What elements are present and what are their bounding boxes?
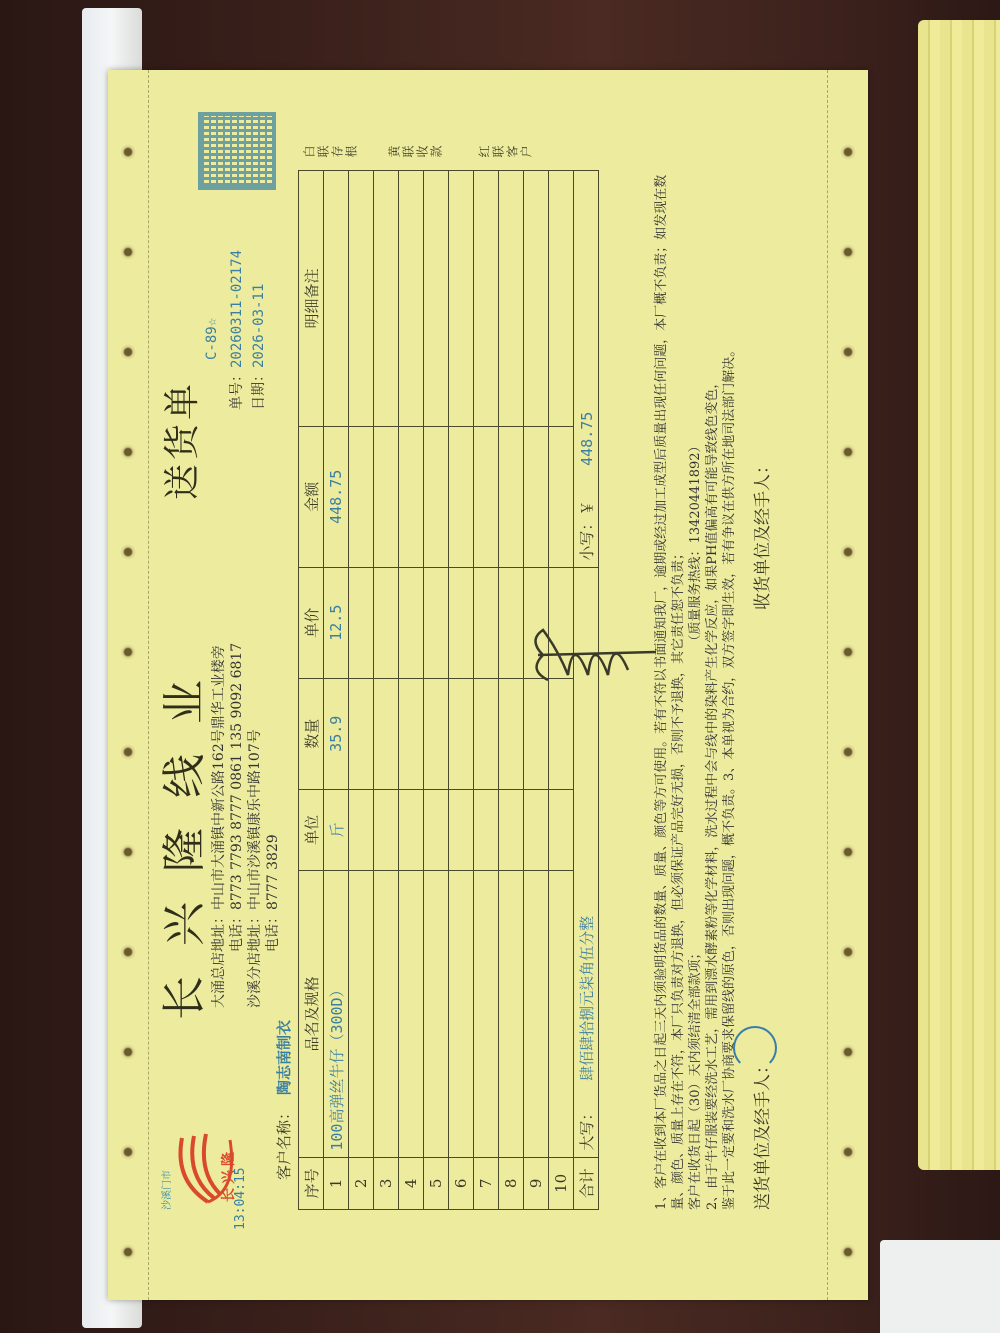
paper-stack-bottom-right — [880, 1240, 1000, 1333]
feed-hole-icon — [120, 1044, 136, 1060]
tractor-feed-strip-bottom — [827, 70, 868, 1300]
feed-hole-icon — [840, 1144, 856, 1160]
terms-and-conditions: 1、客户在收到本厂货品之日起三天内须验明货品的数量、质量、颜色等方可使用。若有不… — [653, 170, 738, 1210]
feed-hole-icon — [840, 1044, 856, 1060]
copy-label-red: 红联客户 — [478, 143, 534, 160]
feed-hole-icon — [840, 944, 856, 960]
form-code: C-89☆ — [204, 318, 220, 360]
qr-code-icon — [198, 112, 276, 190]
feed-hole-icon — [840, 344, 856, 360]
customer-name: 客户名称：陶志南制衣 — [273, 1020, 294, 1180]
feed-hole-icon — [120, 1244, 136, 1260]
total-row: 合计 大写： 肆佰肆拾捌元柒角伍分整 小写：￥ 448.75 — [574, 171, 599, 1210]
table-row: 8 — [499, 171, 524, 1210]
feed-hole-icon — [120, 1144, 136, 1160]
table-row: 6 — [449, 171, 474, 1210]
feed-hole-icon — [840, 544, 856, 560]
table-row: 10 — [549, 171, 574, 1210]
feed-hole-icon — [120, 944, 136, 960]
delivery-note: 沙溪门市 长兴隆 13:04:15 长兴隆线业 送货单 大涌总店地址：中山市大涌… — [108, 70, 868, 1300]
order-date: 日期：2026-03-11 — [248, 284, 268, 410]
items-table: 序号 品名及规格 单位 数量 单价 金额 明细备注 1 100高弹丝牛仔（300… — [298, 170, 599, 1210]
address-line: 大涌总店地址：中山市大涌镇中新公路162号鼎华工业楼旁 — [208, 645, 228, 1020]
table-header-row: 序号 品名及规格 单位 数量 单价 金额 明细备注 — [299, 171, 324, 1210]
copy-label-yellow: 黄联收款 — [388, 143, 444, 160]
feed-hole-icon — [120, 744, 136, 760]
phone-line: 电话：8773 7793 8777 0861 135 9092 6817 — [226, 643, 246, 1020]
feed-hole-icon — [120, 144, 136, 160]
header-name: 品名及规格 — [299, 871, 324, 1158]
unit-price: 12.5 — [324, 567, 349, 678]
print-time: 13:04:15 — [233, 1167, 248, 1230]
handwritten-signature-icon — [528, 620, 658, 690]
delivery-note-paper: 沙溪门市 长兴隆 13:04:15 长兴隆线业 送货单 大涌总店地址：中山市大涌… — [108, 70, 868, 1300]
table-row: 2 — [349, 171, 374, 1210]
copy-label-white: 白联存根 — [303, 143, 359, 160]
total-label: 合计 — [574, 1157, 599, 1209]
feed-hole-icon — [120, 844, 136, 860]
total-uppercase-value: 肆佰肆拾捌元柒角伍分整 — [578, 916, 596, 1081]
company-name: 长兴隆线业 — [148, 650, 212, 1020]
header-price: 单价 — [299, 567, 324, 678]
sender-signature-label: 送货单位及经手人： — [748, 1057, 773, 1210]
header-qty: 数量 — [299, 678, 324, 789]
address-line: 沙溪分店地址：中山市沙溪镇康乐中路107号 — [244, 729, 264, 1020]
quantity: 35.9 — [324, 678, 349, 789]
feed-hole-icon — [120, 644, 136, 660]
table-row: 5 — [424, 171, 449, 1210]
header-note: 明细备注 — [299, 171, 324, 427]
form-content: 沙溪门市 长兴隆 13:04:15 长兴隆线业 送货单 大涌总店地址：中山市大涌… — [148, 120, 828, 1250]
header-no: 序号 — [299, 1157, 324, 1209]
total-lowercase: 小写：￥ 448.75 — [574, 171, 599, 568]
amount: 448.75 — [324, 426, 349, 567]
feed-hole-icon — [120, 344, 136, 360]
header-unit: 单位 — [299, 789, 324, 870]
table-row: 4 — [399, 171, 424, 1210]
table-row: 3 — [374, 171, 399, 1210]
feed-hole-icon — [120, 444, 136, 460]
table-row: 1 100高弹丝牛仔（300D） 斤 35.9 12.5 448.75 — [324, 171, 349, 1210]
tractor-feed-strip-top — [108, 70, 149, 1300]
feed-hole-icon — [840, 744, 856, 760]
header-amount: 金额 — [299, 426, 324, 567]
order-number: 单号：20260311-02174 — [226, 250, 246, 410]
feed-hole-icon — [840, 444, 856, 460]
phone-line: 电话：8777 3829 — [262, 834, 282, 1020]
table-row: 7 — [474, 171, 499, 1210]
table-row: 9 — [524, 171, 549, 1210]
product-name: 100高弹丝牛仔（300D） — [324, 871, 349, 1158]
unit: 斤 — [324, 789, 349, 870]
receiver-signature-label: 收货单位及经手人： — [748, 457, 773, 610]
pen-mark-icon — [733, 1026, 777, 1070]
note — [324, 171, 349, 427]
feed-hole-icon — [840, 1244, 856, 1260]
feed-hole-icon — [120, 544, 136, 560]
feed-hole-icon — [840, 644, 856, 660]
feed-hole-icon — [840, 244, 856, 260]
feed-hole-icon — [840, 844, 856, 860]
paper-stack-right — [918, 20, 1000, 1170]
document-title: 送货单 — [154, 380, 205, 500]
feed-hole-icon — [120, 244, 136, 260]
total-lowercase-value: 448.75 — [578, 412, 596, 466]
feed-hole-icon — [840, 144, 856, 160]
